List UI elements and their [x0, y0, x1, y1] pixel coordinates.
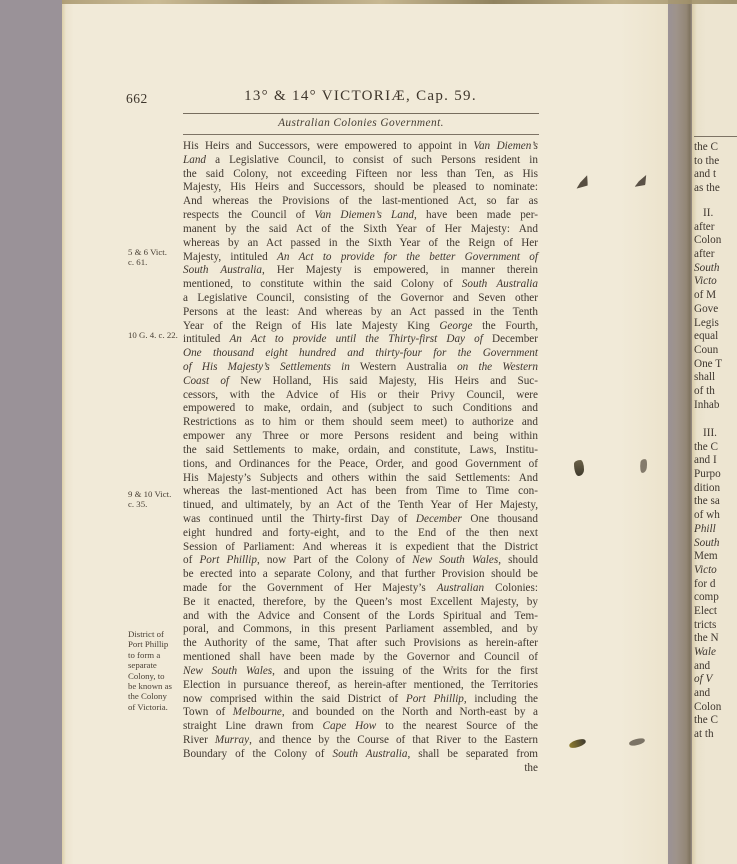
scanned-book-photo: 662 13° & 14° VICTORIÆ, Cap. 59. Austral… [0, 0, 737, 864]
fragment-line: Phill [694, 523, 737, 537]
body-line: of His Majesty’s Settlements in Western … [183, 361, 538, 375]
fragment-line: the C [694, 141, 737, 155]
body-line: and with the Advice and Consent of the L… [183, 610, 538, 624]
body-line: mentioned shall have been made by the Go… [183, 651, 538, 665]
fragment-line: Elect [694, 605, 737, 619]
body-line: empower any Three or more Persons reside… [183, 430, 538, 444]
next-page-header-rule [694, 136, 737, 137]
body-line: now comprised within the said District o… [183, 693, 538, 707]
fragment-line: dition [694, 482, 737, 496]
fragment-paragraph: III.the Cand IPurpoditionthe saof whPhil… [694, 427, 737, 742]
body-line: Land a Legislative Council, to consist o… [183, 154, 538, 168]
fragment-line: after [694, 221, 737, 235]
fragment-line: Purpo [694, 468, 737, 482]
body-line: Be it enacted, therefore, by the Queen’s… [183, 596, 538, 610]
fragment-line: Colon [694, 234, 737, 248]
body-line: cessors, with the Advice of His or their… [183, 389, 538, 403]
body-line: Boundary of the Colony of South Australi… [183, 748, 538, 762]
body-text: His Heirs and Successors, were empowered… [183, 140, 538, 775]
running-title: Australian Colonies Government. [183, 117, 539, 129]
left-page: 662 13° & 14° VICTORIÆ, Cap. 59. Austral… [62, 0, 668, 864]
body-line: manent by the said Act of the Sixth Year… [183, 223, 538, 237]
body-line: poral, and Commons, in this present Parl… [183, 623, 538, 637]
fragment-line: One T [694, 358, 737, 372]
fragment-paragraph: II.afterColonafterSouthVictoof MGoveLegi… [694, 207, 737, 412]
fragment-line: to the [694, 155, 737, 169]
body-line: Year of the Reign of His late Majesty Ki… [183, 320, 538, 334]
fragment-line: the sa [694, 495, 737, 509]
ink-speck [574, 460, 584, 476]
fragment-line: Victo [694, 564, 737, 578]
fragment-line: of th [694, 385, 737, 399]
margin-note: District ofPort Phillipto form aseparate… [128, 629, 182, 712]
fragment-line: and I [694, 454, 737, 468]
body-line: mentioned, to constitute within the said… [183, 278, 538, 292]
fragment-line: Colon [694, 701, 737, 715]
margin-note: 5 & 6 Vict.c. 61. [128, 247, 182, 268]
fragment-line: Mem [694, 550, 737, 564]
body-line: was continued until the Thirty-first Day… [183, 513, 538, 527]
fragment-line: Coun [694, 344, 737, 358]
fragment-line: of V [694, 673, 737, 687]
act-title: 13° & 14° VICTORIÆ, Cap. 59. [183, 88, 538, 105]
body-line: of Port Phillip, now Part of the Colony … [183, 554, 538, 568]
body-line: tinued, and ultimately, by an Act of the… [183, 499, 538, 513]
body-line: be erected into a separate Colony, and t… [183, 568, 538, 582]
fragment-line: South [694, 262, 737, 276]
fragment-line: at th [694, 728, 737, 742]
fragment-line: equal [694, 330, 737, 344]
fragment-line: and t [694, 168, 737, 182]
fragment-line: II. [694, 207, 737, 221]
body-line: respects the Council of Van Diemen’s Lan… [183, 209, 538, 223]
fragment-line: as the [694, 182, 737, 196]
fragment-line: the C [694, 714, 737, 728]
body-line: the said Settlements to make, ordain, an… [183, 444, 538, 458]
body-line: South Australia, Her Majesty is empowere… [183, 264, 538, 278]
gutter-shadow [666, 0, 692, 864]
body-line: whereas by an Act passed in the Sixth Ye… [183, 237, 538, 251]
body-line: the said Colony, not exceeding Fifteen n… [183, 168, 538, 182]
fragment-line: Gove [694, 303, 737, 317]
right-page-edge: the Cto theand tas theII.afterColonafter… [692, 0, 737, 864]
fragment-paragraph: the Cto theand tas the [694, 141, 737, 196]
body-line: Majesty, intituled An Act to provide for… [183, 251, 538, 265]
header-rule-bottom [183, 134, 539, 135]
body-line: And whereas the Provisions of the last-m… [183, 195, 538, 209]
fragment-line: shall [694, 371, 737, 385]
body-line: New South Wales, and upon the issuing of… [183, 665, 538, 679]
fragment-line: Victo [694, 275, 737, 289]
fragment-line: Wale [694, 646, 737, 660]
body-line: Persons at the least: And whereas by an … [183, 306, 538, 320]
body-line: the [183, 762, 538, 776]
body-line: eight hundred and forty-eight, and to th… [183, 527, 538, 541]
body-line: a Legislative Council, consisting of the… [183, 292, 538, 306]
header-rule-top [183, 113, 539, 114]
body-line: Restrictions as to him or them should se… [183, 416, 538, 430]
body-line: River Murray, and thence by the Course o… [183, 734, 538, 748]
fragment-line: comp [694, 591, 737, 605]
body-line: Session of Parliament: And whereas it is… [183, 541, 538, 555]
body-line: empowered to make, ordain, and (subject … [183, 402, 538, 416]
fragment-line: after [694, 248, 737, 262]
margin-note: 9 & 10 Vict.c. 35. [128, 489, 182, 510]
body-line: Town of Melbourne, and bounded on the No… [183, 706, 538, 720]
body-line: Election in pursuance thereof, as herein… [183, 679, 538, 693]
fragment-line: for d [694, 578, 737, 592]
page-top-edge [62, 0, 737, 4]
body-line: Majesty, His Heirs and Successors, shoul… [183, 181, 538, 195]
fragment-line: Inhab [694, 399, 737, 413]
fragment-line: III. [694, 427, 737, 441]
fragment-line: of wh [694, 509, 737, 523]
body-line: His Heirs and Successors, were empowered… [183, 140, 538, 154]
body-line: His Majesty’s Subjects and others within… [183, 472, 538, 486]
fragment-line: the N [694, 632, 737, 646]
fragment-line: the C [694, 441, 737, 455]
body-line: One thousand eight hundred and thirty-fo… [183, 347, 538, 361]
body-line: whereas the last-mentioned Act has been … [183, 485, 538, 499]
fragment-line: tricts [694, 619, 737, 633]
margin-note: 10 G. 4. c. 22. [128, 330, 182, 340]
body-line: the Authority of the same, That after su… [183, 637, 538, 651]
body-line: straight Line drawn from Cape How to the… [183, 720, 538, 734]
fragment-line: of M [694, 289, 737, 303]
body-line: made for the Government of Her Majesty’s… [183, 582, 538, 596]
fragment-line: South [694, 537, 737, 551]
body-line: tions, and Ordinances for the Peace, Ord… [183, 458, 538, 472]
fragment-line: and [694, 660, 737, 674]
fragment-line: and [694, 687, 737, 701]
fragment-line: Legis [694, 317, 737, 331]
body-line: Coast of New Holland, His said Majesty, … [183, 375, 538, 389]
body-line: intituled An Act to provide until the Th… [183, 333, 538, 347]
page-number: 662 [126, 91, 148, 107]
